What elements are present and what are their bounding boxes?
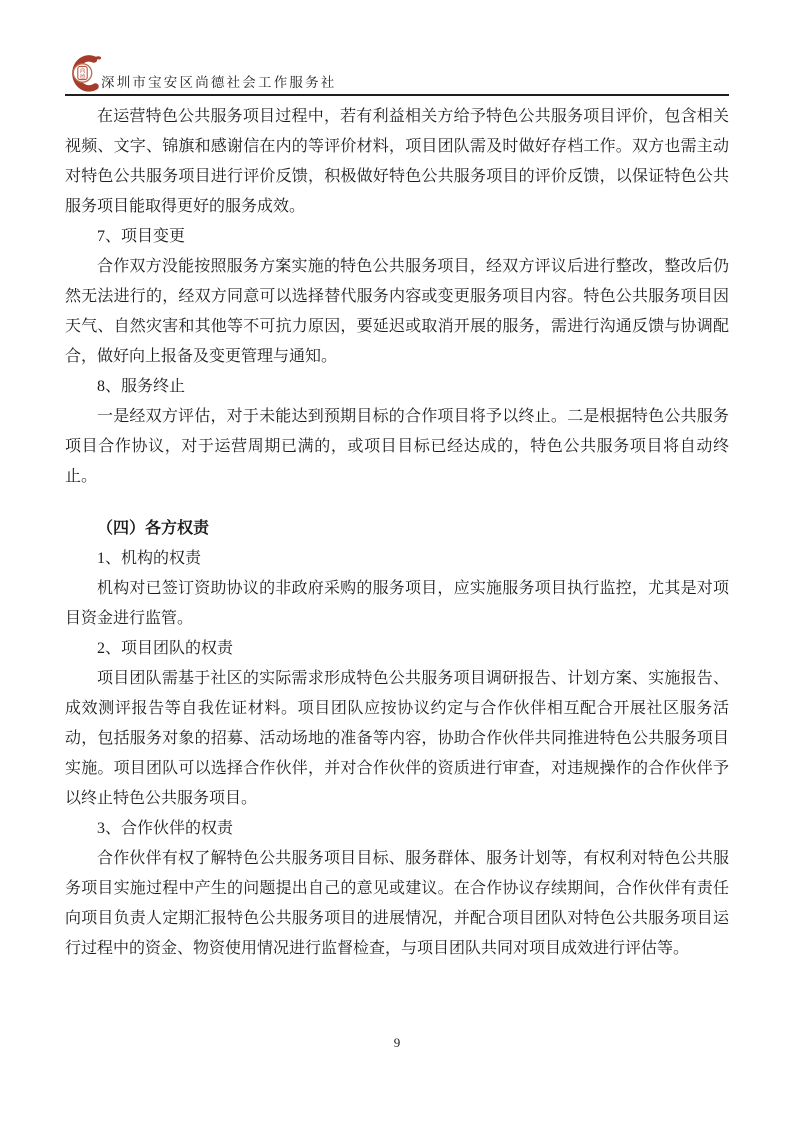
body-paragraph: 合作伙伴有权了解特色公共服务项目目标、服务群体、服务计划等，有权利对特色公共服务… [65, 844, 729, 964]
logo-seal-char-top: 尚 [80, 67, 86, 75]
numbered-subheading: 8、服务终止 [65, 372, 729, 402]
body-paragraph: 合作双方没能按照服务方案实施的特色公共服务项目，经双方评议后进行整改，整改后仍然… [65, 252, 729, 372]
page-number: 9 [394, 1035, 401, 1050]
document-page: 尚 德 深圳市宝安区尚德社会工作服务社 在运营特色公共服务项目过程中，若有利益相… [0, 0, 794, 1123]
page-header: 尚 德 深圳市宝安区尚德社会工作服务社 [65, 44, 729, 96]
page-footer: 9 [0, 1034, 794, 1052]
body-paragraph: 项目团队需基于社区的实际需求形成特色公共服务项目调研报告、计划方案、实施报告、成… [65, 664, 729, 814]
logo-seal-char-bottom: 德 [80, 72, 86, 80]
numbered-subheading: 3、合作伙伴的权责 [65, 814, 729, 844]
numbered-subheading: 1、机构的权责 [65, 544, 729, 574]
document-body: 在运营特色公共服务项目过程中，若有利益相关方给予特色公共服务项目评价，包含相关视… [65, 102, 729, 964]
org-name: 深圳市宝安区尚德社会工作服务社 [101, 71, 337, 94]
org-logo-icon: 尚 德 [65, 48, 101, 96]
body-paragraph: 在运营特色公共服务项目过程中，若有利益相关方给予特色公共服务项目评价，包含相关视… [65, 102, 729, 222]
org-logo: 尚 德 [65, 48, 101, 96]
section-heading: （四）各方权责 [65, 514, 729, 544]
body-paragraph: 一是经双方评估，对于未能达到预期目标的合作项目将予以终止。二是根据特色公共服务项… [65, 402, 729, 492]
numbered-subheading: 2、项目团队的权责 [65, 634, 729, 664]
logo-swirl-hook [94, 58, 100, 60]
numbered-subheading: 7、项目变更 [65, 222, 729, 252]
body-paragraph: 机构对已签订资助协议的非政府采购的服务项目，应实施服务项目执行监控，尤其是对项目… [65, 574, 729, 634]
